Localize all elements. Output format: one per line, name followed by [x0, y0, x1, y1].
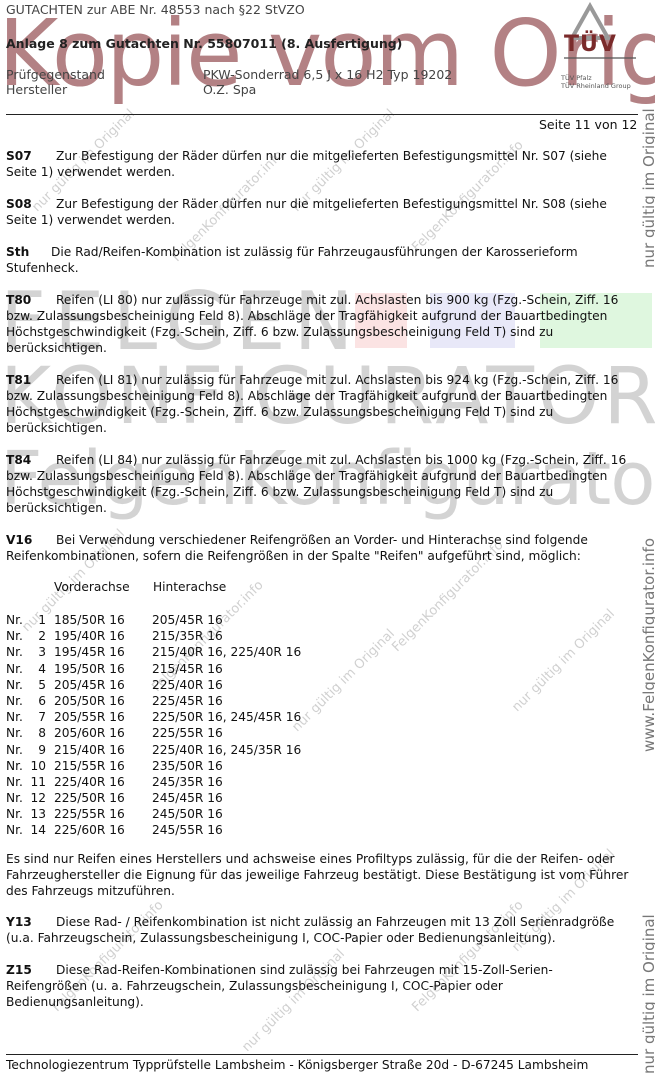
rear-tyre: 245/50R 16	[152, 806, 223, 822]
table-row: Nr.9215/40R 16225/40R 16, 245/35R 16	[6, 742, 301, 758]
clause-text: Reifen (LI 81) nur zulässig für Fahrzeug…	[6, 373, 618, 435]
clause-z15: Z15Diese Rad-Reifen-Kombinationen sind z…	[6, 962, 566, 1010]
front-tyre: 195/45R 16	[54, 644, 152, 660]
rear-tyre: 245/45R 16	[152, 790, 223, 806]
row-number: 9	[30, 742, 46, 758]
row-number: 6	[30, 693, 46, 709]
front-tyre: 215/40R 16	[54, 742, 152, 758]
row-number: 11	[30, 774, 46, 790]
combo-header-rear: Hinterachse	[153, 580, 226, 594]
tuv-line-2: TÜV Rheinland Group	[561, 82, 631, 90]
row-number: 12	[30, 790, 46, 806]
front-tyre: 185/50R 16	[54, 612, 152, 628]
front-tyre: 195/50R 16	[54, 661, 152, 677]
header-divider	[6, 114, 638, 115]
anlage-line: Anlage 8 zum Gutachten Nr. 55807011 (8. …	[6, 36, 402, 51]
row-number: 3	[30, 644, 46, 660]
table-row: Nr.7205/55R 16225/50R 16, 245/45R 16	[6, 709, 301, 725]
row-prefix: Nr.	[6, 709, 30, 725]
watermark-vertical-2: www.FelgenKonfigurator.info	[640, 538, 655, 752]
document-title: GUTACHTEN zur ABE Nr. 48553 nach §22 StV…	[6, 2, 305, 17]
front-tyre: 195/40R 16	[54, 628, 152, 644]
table-row: Nr.1185/50R 16205/45R 16	[6, 612, 301, 628]
row-prefix: Nr.	[6, 628, 30, 644]
table-row: Nr.4195/50R 16215/45R 16	[6, 661, 301, 677]
rear-tyre: 225/40R 16, 245/35R 16	[152, 742, 301, 758]
front-tyre: 205/50R 16	[54, 693, 152, 709]
tuv-logo: TÜV TÜV Pfalz TÜV Rheinland Group	[556, 2, 652, 92]
table-row: Nr.10215/55R 16235/50R 16	[6, 758, 301, 774]
clause-code: T84	[6, 452, 56, 468]
row-number: 10	[30, 758, 46, 774]
row-number: 5	[30, 677, 46, 693]
row-number: 1	[30, 612, 46, 628]
row-number: 13	[30, 806, 46, 822]
clause-code: Z15	[6, 962, 56, 978]
table-row: Nr.12225/50R 16245/45R 16	[6, 790, 301, 806]
front-tyre: 225/55R 16	[54, 806, 152, 822]
row-number: 8	[30, 725, 46, 741]
watermark-vertical-3: nur gültig im Original	[640, 914, 655, 1074]
rear-tyre: 245/35R 16	[152, 774, 223, 790]
tuv-line-1: TÜV Pfalz	[561, 74, 592, 82]
table-row: Nr.5205/45R 16225/40R 16	[6, 677, 301, 693]
front-tyre: 205/55R 16	[54, 709, 152, 725]
clause-text: Diese Rad- / Reifenkombination ist nicht…	[6, 915, 614, 945]
rear-tyre: 225/45R 16	[152, 693, 223, 709]
row-prefix: Nr.	[6, 806, 30, 822]
clause-sth: SthDie Rad/Reifen-Kombination ist zuläss…	[6, 244, 636, 276]
pruefgegenstand-label: Prüfgegenstand	[6, 67, 105, 82]
clause-s07: S07Zur Befestigung der Räder dürfen nur …	[6, 148, 636, 180]
table-row: Nr.6205/50R 16225/45R 16	[6, 693, 301, 709]
row-number: 14	[30, 822, 46, 838]
row-number: 4	[30, 661, 46, 677]
table-row: Nr.8205/60R 16225/55R 16	[6, 725, 301, 741]
hersteller-value: O.Z. Spa	[203, 82, 256, 97]
clause-v16: V16Bei Verwendung verschiedener Reifengr…	[6, 532, 636, 564]
table-row: Nr.11225/40R 16245/35R 16	[6, 774, 301, 790]
front-tyre: 205/45R 16	[54, 677, 152, 693]
row-prefix: Nr.	[6, 677, 30, 693]
rear-tyre: 235/50R 16	[152, 758, 223, 774]
rear-tyre: 245/55R 16	[152, 822, 223, 838]
row-number: 2	[30, 628, 46, 644]
clause-text: Zur Befestigung der Räder dürfen nur die…	[6, 197, 607, 227]
clause-code: S07	[6, 148, 56, 164]
clause-t84: T84Reifen (LI 84) nur zulässig für Fahrz…	[6, 452, 636, 516]
row-prefix: Nr.	[6, 758, 30, 774]
clause-text: Die Rad/Reifen-Kombination ist zulässig …	[6, 245, 578, 275]
clause-code: Sth	[6, 244, 51, 260]
clause-y13: Y13Diese Rad- / Reifenkombination ist ni…	[6, 914, 636, 946]
clause-code: T81	[6, 372, 56, 388]
rear-tyre: 215/40R 16, 225/40R 16	[152, 644, 301, 660]
front-tyre: 225/60R 16	[54, 822, 152, 838]
tuv-wordmark: TÜV	[564, 32, 617, 57]
clause-text: Reifen (LI 84) nur zulässig für Fahrzeug…	[6, 453, 626, 515]
clause-text: Bei Verwendung verschiedener Reifengröße…	[6, 533, 588, 563]
pruefgegenstand-value: PKW-Sonderrad 6,5 J x 16 H2 Typ 19202	[203, 67, 452, 82]
clause-text: Reifen (LI 80) nur zulässig für Fahrzeug…	[6, 293, 618, 355]
rear-tyre: 215/35R 16	[152, 628, 223, 644]
watermark-diagonal: nur gültig im Original	[509, 607, 617, 715]
rear-tyre: 225/55R 16	[152, 725, 223, 741]
combo-header-front: Vorderachse	[54, 580, 130, 594]
row-prefix: Nr.	[6, 693, 30, 709]
row-prefix: Nr.	[6, 725, 30, 741]
row-prefix: Nr.	[6, 742, 30, 758]
footer-divider	[6, 1054, 638, 1055]
clause-code: V16	[6, 532, 56, 548]
rear-tyre: 225/50R 16, 245/45R 16	[152, 709, 301, 725]
hersteller-label: Hersteller	[6, 82, 67, 97]
front-tyre: 205/60R 16	[54, 725, 152, 741]
footer-address: Technologiezentrum Typprüfstelle Lambshe…	[6, 1058, 588, 1072]
combo-table: Nr.1185/50R 16205/45R 16Nr.2195/40R 1621…	[6, 612, 301, 839]
table-row: Nr.14225/60R 16245/55R 16	[6, 822, 301, 838]
rear-tyre: 225/40R 16	[152, 677, 223, 693]
rear-tyre: 215/45R 16	[152, 661, 223, 677]
front-tyre: 225/40R 16	[54, 774, 152, 790]
row-prefix: Nr.	[6, 822, 30, 838]
table-row: Nr.13225/55R 16245/50R 16	[6, 806, 301, 822]
watermark-vertical-1: nur gültig im Original	[640, 108, 655, 268]
clause-code: T80	[6, 292, 56, 308]
row-prefix: Nr.	[6, 612, 30, 628]
row-prefix: Nr.	[6, 644, 30, 660]
clause-code: Y13	[6, 914, 56, 930]
note-tyres: Es sind nur Reifen eines Herstellers und…	[6, 851, 636, 899]
row-prefix: Nr.	[6, 790, 30, 806]
watermark-diagonal: nur gültig im Original	[289, 627, 397, 735]
clause-text: Diese Rad-Reifen-Kombinationen sind zulä…	[6, 963, 553, 1009]
rear-tyre: 205/45R 16	[152, 612, 223, 628]
row-number: 7	[30, 709, 46, 725]
clause-text: Zur Befestigung der Räder dürfen nur die…	[6, 149, 607, 179]
table-row: Nr.3195/45R 16215/40R 16, 225/40R 16	[6, 644, 301, 660]
page-number: Seite 11 von 12	[539, 117, 637, 132]
row-prefix: Nr.	[6, 661, 30, 677]
front-tyre: 215/55R 16	[54, 758, 152, 774]
front-tyre: 225/50R 16	[54, 790, 152, 806]
clause-t81: T81Reifen (LI 81) nur zulässig für Fahrz…	[6, 372, 636, 436]
table-row: Nr.2195/40R 16215/35R 16	[6, 628, 301, 644]
clause-t80: T80Reifen (LI 80) nur zulässig für Fahrz…	[6, 292, 636, 356]
clause-code: S08	[6, 196, 56, 212]
row-prefix: Nr.	[6, 774, 30, 790]
clause-s08: S08Zur Befestigung der Räder dürfen nur …	[6, 196, 636, 228]
